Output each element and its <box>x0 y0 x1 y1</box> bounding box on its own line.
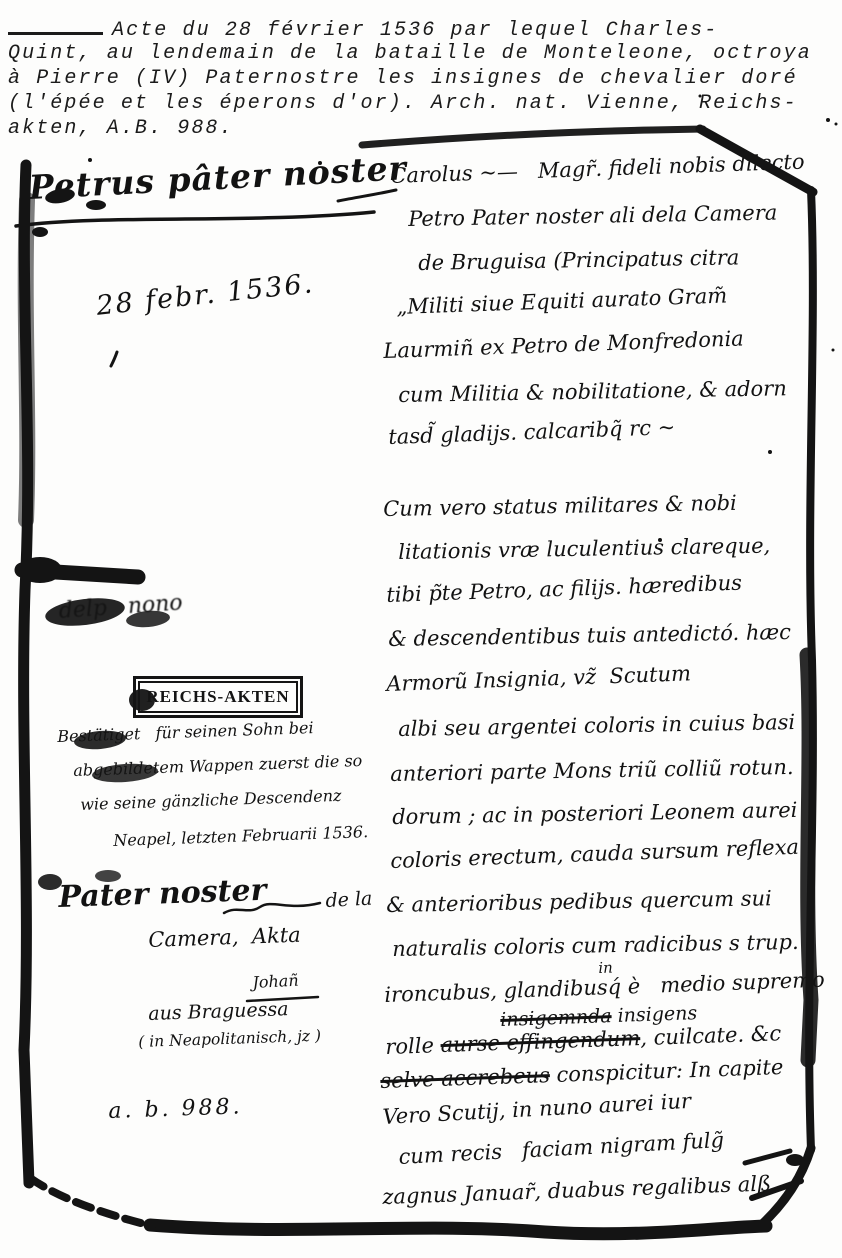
manuscript-line: dorum ; ac in posteriori Leonem aurei <box>392 799 798 829</box>
manuscript-line: zagnus Januar̃, duabus regalibus alß <box>382 1172 771 1209</box>
caption-line: Quint, au lendemain de la bataille de Mo… <box>8 42 812 66</box>
reference-note-line: aus Braguessa <box>148 999 289 1025</box>
heading-underline <box>16 212 374 226</box>
manuscript-line: coloris erectum, cauda sursum reflexa <box>390 836 799 873</box>
page-border-left <box>24 165 29 1183</box>
manuscript-text: conspicitur: In capite <box>549 1055 783 1087</box>
shelfmark: a. b. 988. <box>108 1095 243 1124</box>
caption-text: Acte du 28 février 1536 par lequel Charl… <box>112 19 718 42</box>
manuscript-line: & anterioribus pedibus quercum sui <box>386 887 772 917</box>
caption-line: Acte du 28 février 1536 par lequel Charl… <box>8 16 718 43</box>
manuscript-line: cum Militia & nobilitatione, & adorn <box>398 377 787 407</box>
smudged-note: delp nono <box>58 591 183 624</box>
page-border-right-blotch <box>807 655 811 1060</box>
scanned-document-page: Acte du 28 février 1536 par lequel Charl… <box>0 0 842 1258</box>
manuscript-line: Cum vero status militares & nobi <box>383 492 737 521</box>
manuscript-line: litationis vræ luculentius clareque, <box>398 535 770 565</box>
manuscript-line: de Bruguisa (Principatus citra <box>418 246 739 275</box>
page-border-bottom <box>150 1225 766 1234</box>
reference-note-line: Camera, Akta <box>148 924 301 952</box>
strikethrough-text: aurse effingendum <box>440 1026 641 1057</box>
manuscript-line: Vero Scutij, in nuno aurei iur <box>382 1090 692 1129</box>
reference-note-line: Johañ <box>252 972 299 992</box>
caption-line: (l'épée et les éperons d'or). Arch. nat.… <box>8 92 798 116</box>
manuscript-line: Carolus ~— Magr̃. fideli nobis dilecto <box>390 151 805 189</box>
page-corner-bottom-left <box>30 1178 152 1226</box>
page-border-left-blotch <box>26 200 28 520</box>
manuscript-line-corrected: rolle aurse effingendum, cuilcate. &c <box>385 1022 782 1059</box>
page-border-top <box>362 129 703 145</box>
german-annotation-line: Neapel, letzten Februarii 1536. <box>113 823 368 849</box>
archive-stamp: REICHS-AKTEN <box>138 681 298 713</box>
connector-dash <box>338 190 396 201</box>
manuscript-line: Petro Pater noster ali dela Camera <box>408 202 777 232</box>
interlinear-insertion: in <box>598 959 613 976</box>
manuscript-line: anteriori parte Mons triũ colliũ rotun. <box>390 756 794 786</box>
comma-mark <box>111 352 117 366</box>
manuscript-text: rolle <box>385 1033 441 1059</box>
strikethrough-text: selve accrebeus <box>380 1063 550 1093</box>
manuscript-line: tibi p̃te Petro, ac filijs. hæredibus <box>386 572 742 607</box>
manuscript-line: Armorũ Insignia, vz̃ Scutum <box>386 662 691 696</box>
stamp-label: REICHS-AKTEN <box>146 687 289 707</box>
manuscript-line: tasd̃ gladijs. calcaribq̃ rc ~ <box>388 416 676 449</box>
reference-note-line: ( in Neapolitanisch, jz ) <box>138 1028 321 1051</box>
manuscript-line: Laurmiñ ex Petro de Monfredonia <box>383 327 744 363</box>
caption-line: à Pierre (IV) Paternostre les insignes d… <box>8 67 798 91</box>
manuscript-line: albi seu argentei coloris in cuius basi <box>398 711 795 741</box>
reference-note-of: de la <box>325 889 373 912</box>
manuscript-text: , cuilcate. &c <box>640 1021 782 1050</box>
manuscript-line: cum recis faciam nigram fulg̃ <box>398 1129 725 1169</box>
manuscript-line-corrected: selve accrebeus conspicitur: In capite <box>380 1056 784 1093</box>
reference-note-name: Pater noster <box>58 874 267 914</box>
manuscript-line: „Militi siue Equiti aurato Gram̃ <box>396 284 728 319</box>
page-border-right <box>809 190 813 1150</box>
corner-hatch-mark <box>745 1151 790 1163</box>
caption-line: akten, A.B. 988. <box>8 117 234 141</box>
marginal-date: 28 febr. 1536. <box>95 269 316 321</box>
replacement-text: insigens <box>611 1002 697 1027</box>
manuscript-line: naturalis coloris cum radicibus s trup. <box>392 931 799 961</box>
german-annotation-line: wie seine gänzliche Descendenz <box>80 787 342 814</box>
manuscript-line: & descendentibus tuis antedictó. hæc <box>388 621 791 651</box>
marginal-heading: Petrus pâter noster <box>28 150 408 206</box>
german-annotation-line: Bestätiget für seinen Sohn bei <box>57 719 314 746</box>
german-annotation-line: abgebildetem Wappen zuerst die so <box>73 752 363 780</box>
blank-underline <box>8 16 103 35</box>
margin-bar-mark <box>22 570 138 577</box>
